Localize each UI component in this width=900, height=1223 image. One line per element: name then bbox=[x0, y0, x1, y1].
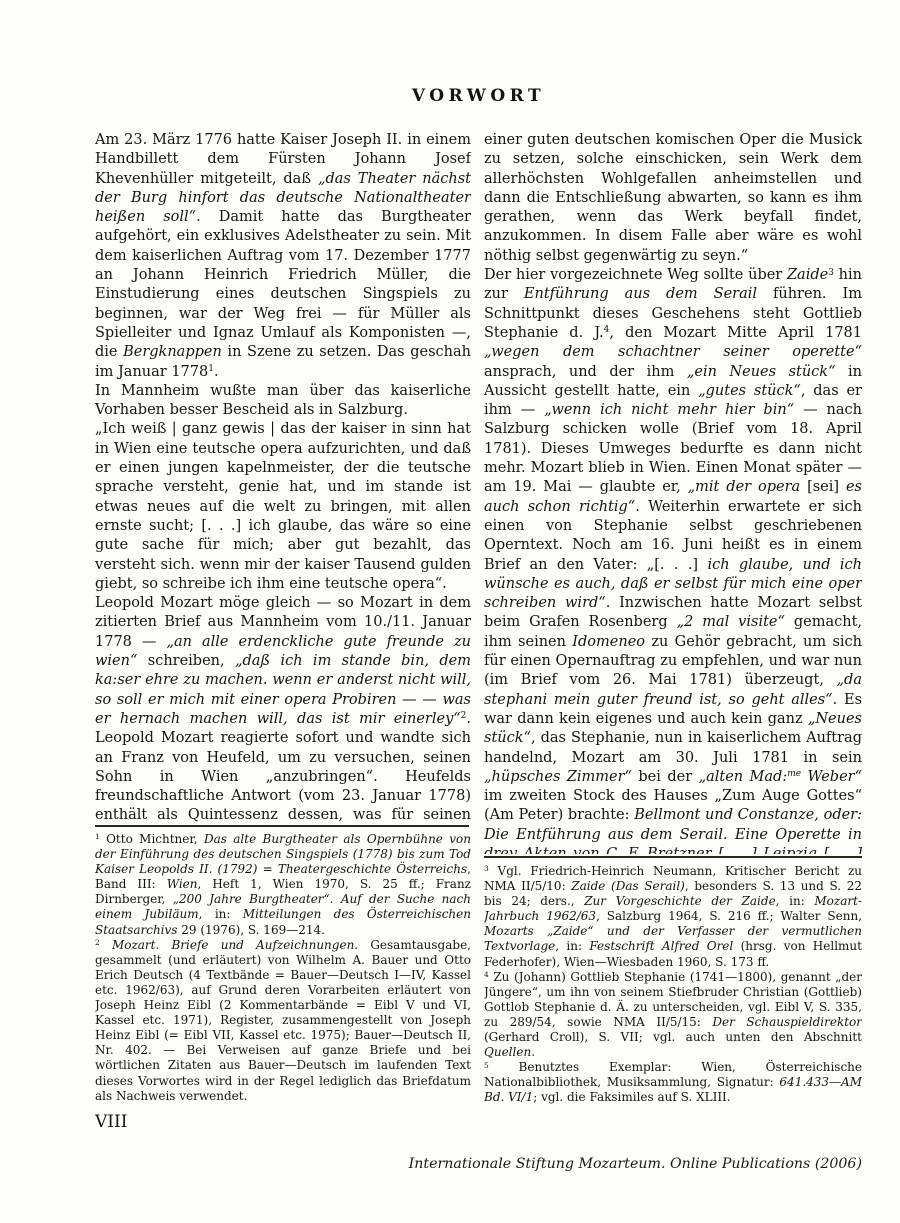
text-run: Festschrift Alfred Orel bbox=[589, 939, 733, 953]
footnote-ref: 3 bbox=[828, 268, 834, 278]
left-footnotes: 1 Otto Michtner, Das alte Burgtheater al… bbox=[95, 832, 471, 1109]
footnote-ref: 5 bbox=[484, 1061, 489, 1070]
footnote: 4 Zu (Johann) Gottlieb Stephanie (1741—1… bbox=[484, 970, 862, 1061]
footnote-ref: 4 bbox=[484, 970, 489, 979]
text-run: , den Mozart Mitte April 1781 bbox=[609, 325, 862, 341]
text-run: Theatergeschichte Österreichs bbox=[278, 862, 467, 876]
document-page: VORWORT Am 23. März 1776 hatte Kaiser Jo… bbox=[0, 0, 900, 1223]
text-run: Wien bbox=[167, 877, 198, 891]
text-run: Mozart. Briefe und Aufzeichnungen. bbox=[112, 938, 358, 952]
text-run: . Damit hatte das Burgtheater aufgehört,… bbox=[95, 209, 471, 360]
text-run: Zaide bbox=[787, 267, 828, 283]
right-column: einer guten deutschen komischen Oper die… bbox=[484, 131, 862, 854]
footnote: 1 Otto Michtner, Das alte Burgtheater al… bbox=[95, 832, 471, 938]
text-run: bei der bbox=[632, 769, 699, 785]
text-run: Zur Vorgeschichte der Zaide bbox=[584, 894, 775, 908]
text-run: 29 (1976), S. 169—214. bbox=[177, 923, 324, 937]
footnote-ref: me bbox=[787, 769, 801, 779]
text-run: , Salzburg 1964, S. 216 ff.; Walter Senn… bbox=[596, 909, 862, 923]
text-run bbox=[100, 938, 112, 952]
paragraph: In Mannheim wußte man über das kaiserlic… bbox=[95, 382, 471, 421]
text-run: In Mannheim wußte man über das kaiserlic… bbox=[95, 383, 471, 418]
footnote-ref: 3 bbox=[484, 864, 489, 873]
text-run: Zaide (Das Serail) bbox=[571, 879, 685, 893]
text-run: „wegen dem schachtner seiner operette“ bbox=[484, 344, 862, 360]
footnote: 2 Mozart. Briefe und Aufzeichnungen. Ges… bbox=[95, 938, 471, 1104]
text-run: „wenn ich nicht mehr hier bin“ bbox=[544, 402, 794, 418]
text-run: Der Schauspieldirektor bbox=[712, 1015, 862, 1029]
text-run: . bbox=[531, 1045, 535, 1059]
text-run: = bbox=[257, 862, 277, 876]
text-run: Entführung aus dem Serail bbox=[524, 286, 757, 302]
footnote: 5 Benutztes Exemplar: Wien, Österreichis… bbox=[484, 1060, 862, 1105]
paragraph: Leopold Mozart möge gleich — so Mozart i… bbox=[95, 594, 471, 826]
footnote-ref: 1 bbox=[208, 364, 214, 374]
text-run: [sei] bbox=[800, 479, 846, 495]
text-run: . bbox=[214, 364, 219, 380]
text-run: , in: bbox=[776, 894, 815, 908]
text-run: , das Stephanie, nun in kaiserlichem Auf… bbox=[484, 730, 862, 765]
footnote: 3 Vgl. Friedrich-Heinrich Neumann, Kriti… bbox=[484, 864, 862, 970]
text-run: einer guten deutschen komischen Oper die… bbox=[484, 132, 862, 264]
text-run: Der hier vorgezeichnete Weg sollte über bbox=[484, 267, 787, 283]
text-run: . Leopold Mozart reagierte sofort und wa… bbox=[95, 711, 471, 823]
text-run: „alten Mad: bbox=[699, 769, 788, 785]
text-run: „hüpsches Zimmer“ bbox=[484, 769, 632, 785]
text-run: (Gerhard Croll), S. VII; vgl. auch unten… bbox=[484, 1030, 862, 1044]
text-run: „ein Neues stück“ bbox=[687, 364, 836, 380]
text-run: „2 mal visite“ bbox=[677, 614, 785, 630]
paragraph: „Ich weiß | ganz gewis | das der kaiser … bbox=[95, 420, 471, 594]
text-run: Otto Michtner, bbox=[100, 832, 204, 846]
text-run: Weber“ bbox=[801, 769, 862, 785]
right-footnotes: 3 Vgl. Friedrich-Heinrich Neumann, Kriti… bbox=[484, 864, 862, 1110]
footnote-separator-right bbox=[484, 856, 862, 858]
page-number: VIII bbox=[95, 1112, 127, 1132]
text-run: Quellen bbox=[484, 1045, 531, 1059]
paragraph: Am 23. März 1776 hatte Kaiser Joseph II.… bbox=[95, 131, 471, 382]
text-run: „Ich weiß | ganz gewis | das der kaiser … bbox=[95, 421, 471, 591]
footnote-ref: 4 bbox=[604, 325, 610, 335]
text-run: ; vgl. die Faksimiles auf S. XLIII. bbox=[533, 1090, 730, 1104]
page-title: VORWORT bbox=[95, 86, 862, 106]
text-run: ansprach, und der ihm bbox=[484, 364, 687, 380]
footer-credit: Internationale Stiftung Mozarteum. Onlin… bbox=[409, 1156, 862, 1172]
text-run: Idomeneo bbox=[572, 634, 645, 650]
text-run: Gesamtausgabe, gesammelt (und erläutert)… bbox=[95, 938, 471, 1103]
paragraph: einer guten deutschen komischen Oper die… bbox=[484, 131, 862, 266]
footnote-ref: 1 bbox=[95, 832, 100, 841]
text-run: „mit der opera bbox=[688, 479, 801, 495]
text-run: „gutes stück“ bbox=[698, 383, 801, 399]
text-run: schreiben, bbox=[137, 653, 235, 669]
text-run: , in: bbox=[555, 939, 589, 953]
text-run: , in: bbox=[199, 907, 243, 921]
paragraph: Der hier vorgezeichnete Weg sollte über … bbox=[484, 266, 862, 854]
footnote-ref: 2 bbox=[461, 711, 467, 721]
left-column: Am 23. März 1776 hatte Kaiser Joseph II.… bbox=[95, 131, 471, 826]
footnote-separator-left bbox=[95, 825, 469, 827]
text-run: Bergknappen bbox=[123, 344, 222, 360]
footnote-ref: 2 bbox=[95, 938, 100, 947]
